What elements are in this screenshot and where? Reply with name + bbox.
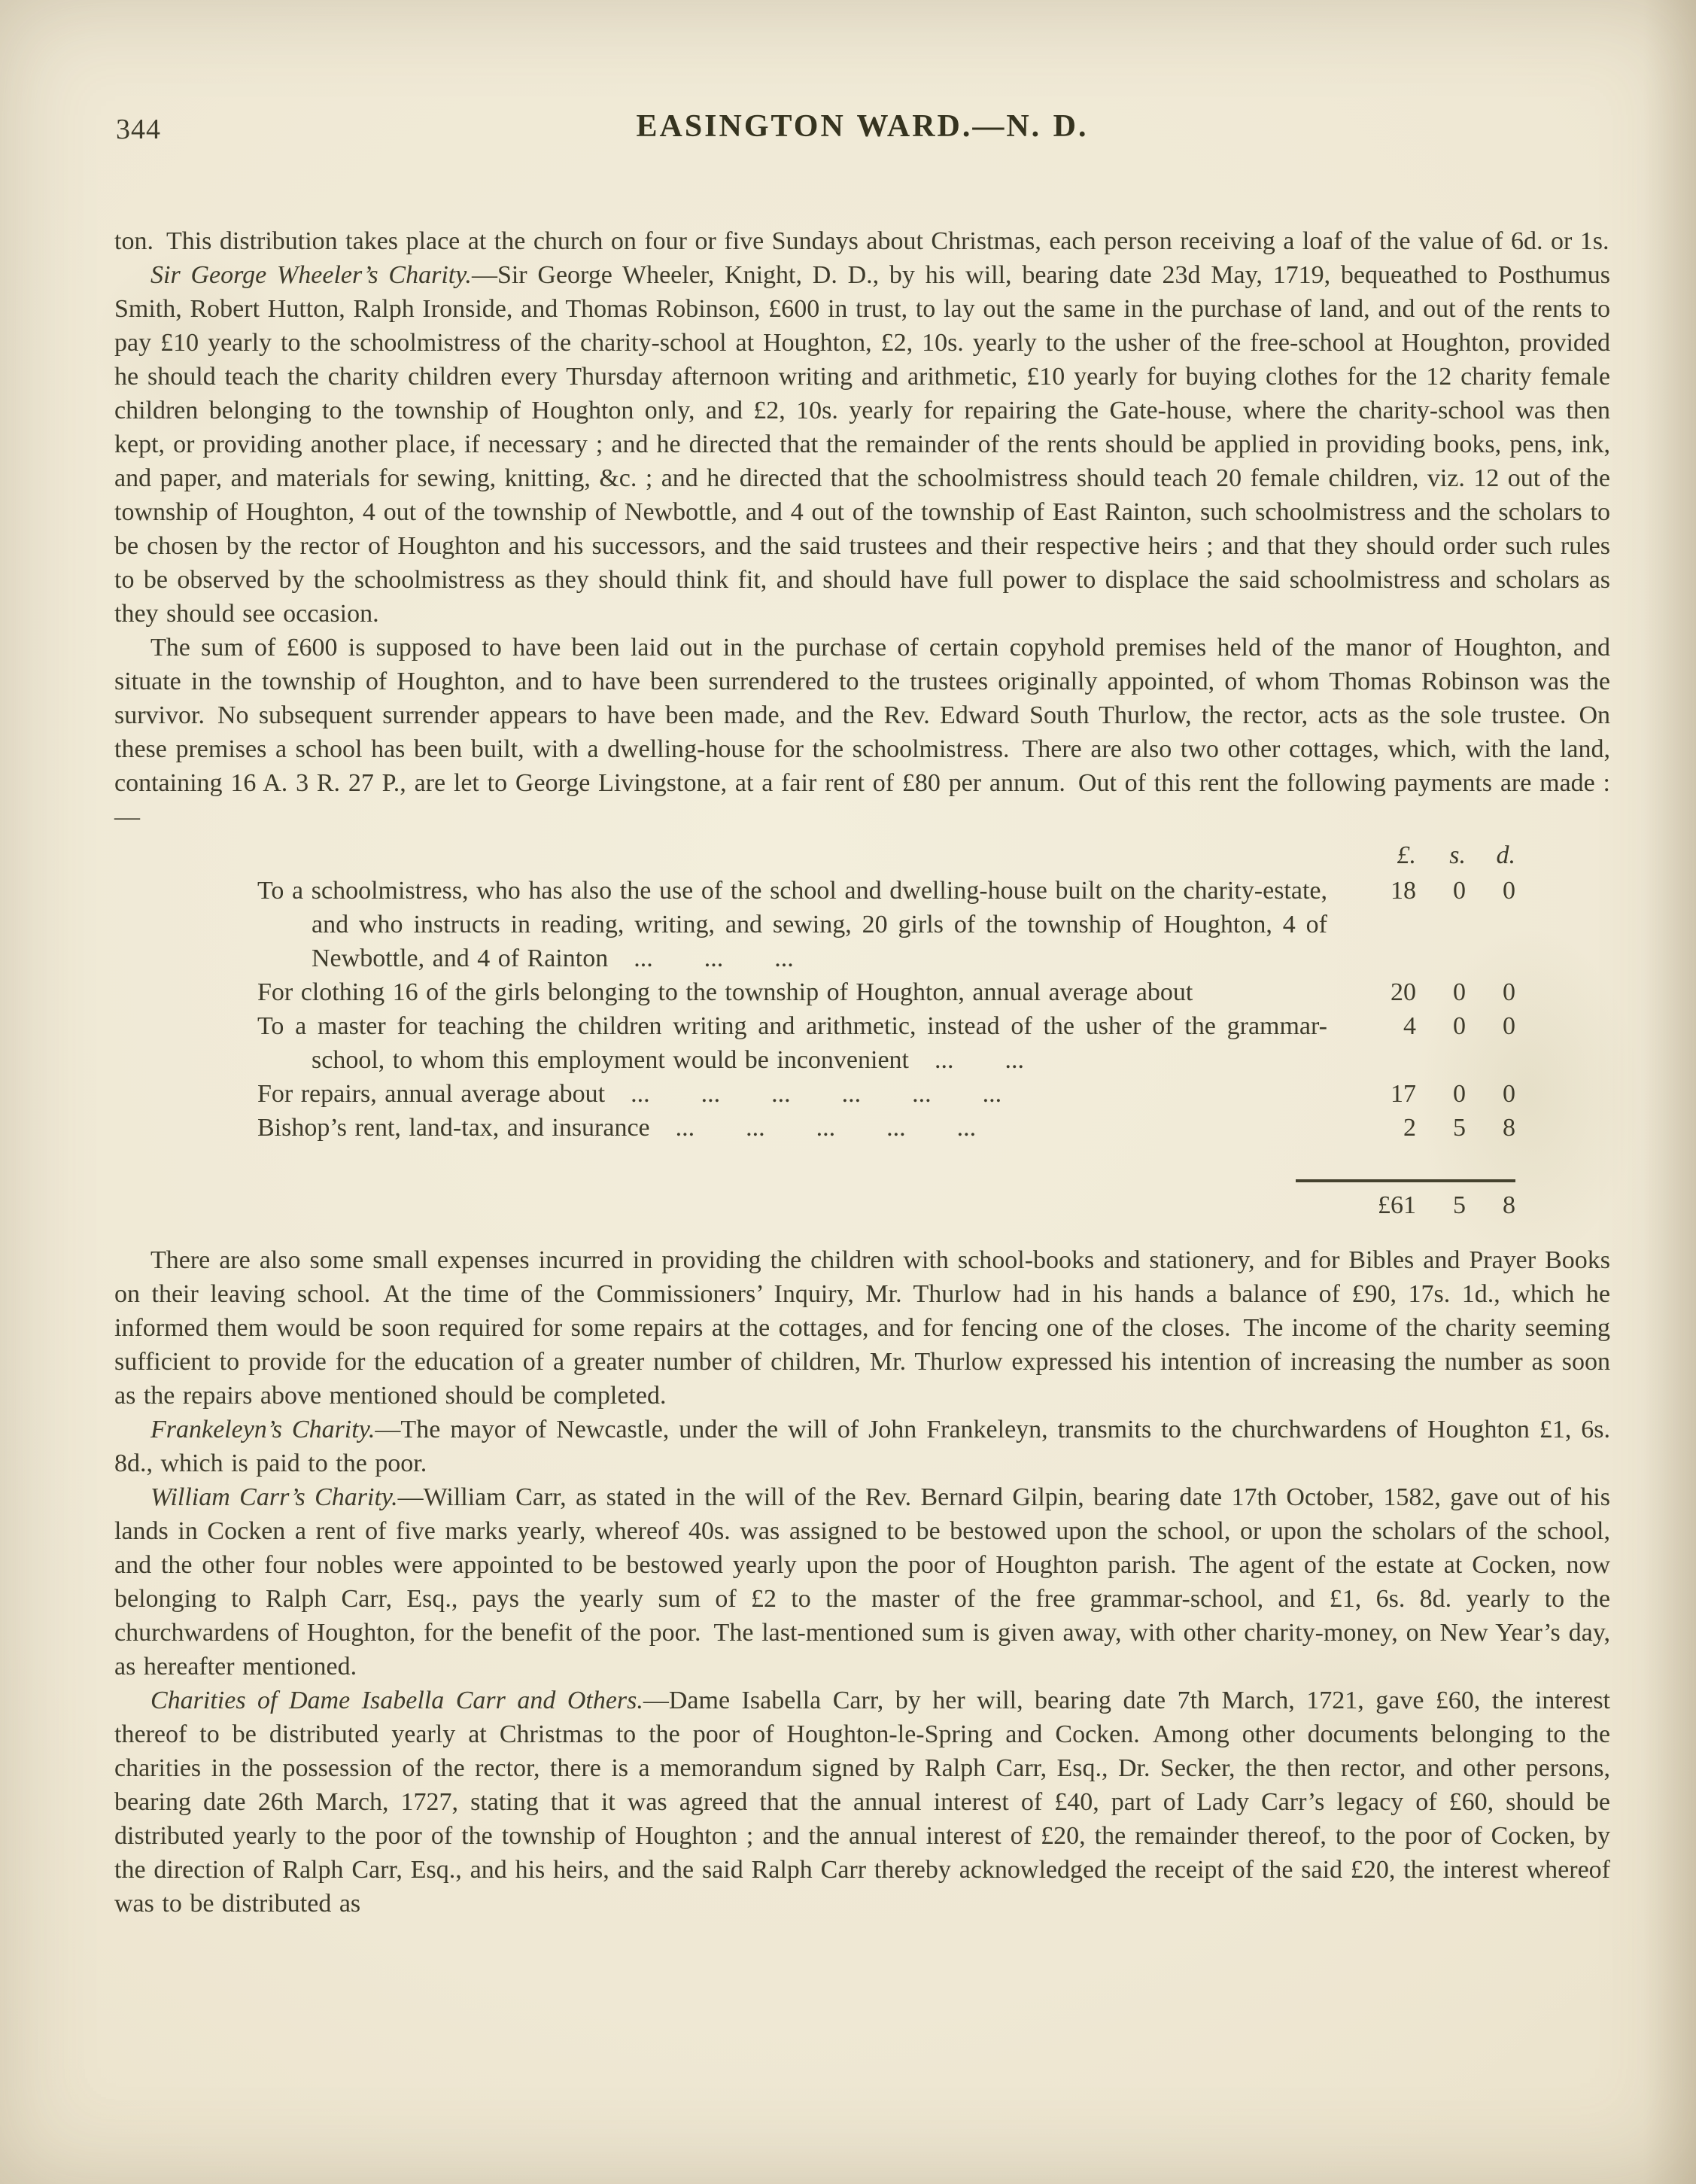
table-header-row: £. s. d.: [257, 838, 1515, 872]
row-shillings: 5: [1416, 1111, 1466, 1145]
row-pounds: 20: [1327, 975, 1416, 1009]
col-header-shillings: s.: [1416, 838, 1466, 872]
row-pounds: 17: [1327, 1077, 1416, 1111]
paragraph-distribution-continuation: ton. This distribution takes place at th…: [114, 224, 1610, 258]
col-header-pounds: £.: [1327, 838, 1416, 872]
row-label: To a schoolmistress, who has also the us…: [257, 874, 1327, 975]
table-total-row: £61 5 8: [257, 1188, 1515, 1222]
charity-title-frankeleyn: Frankeleyn’s Charity.: [150, 1416, 375, 1443]
charity-title-isabella-carr: Charities of Dame Isabella Carr and Othe…: [150, 1687, 643, 1714]
row-label: Bishop’s rent, land-tax, and insurance .…: [257, 1111, 1327, 1145]
payments-table: £. s. d. To a schoolmistress, who has al…: [257, 838, 1515, 1222]
row-shillings: 0: [1416, 874, 1466, 908]
total-pence: 8: [1466, 1188, 1515, 1222]
paragraph-text: —Dame Isabella Carr, by her will, bearin…: [114, 1687, 1610, 1918]
page-edge-shadow: [1643, 0, 1696, 2184]
running-head-title: EASINGTON WARD.—N. D.: [114, 110, 1610, 144]
table-row: Bishop’s rent, land-tax, and insurance .…: [257, 1111, 1515, 1145]
table-row: To a schoolmistress, who has also the us…: [257, 874, 1515, 975]
row-pence: 0: [1466, 874, 1515, 908]
charity-title-wheeler: Sir George Wheeler’s Charity.: [150, 261, 472, 289]
row-label: For clothing 16 of the girls belonging t…: [257, 975, 1327, 1009]
paragraph-text: ton. This distribution takes place at th…: [114, 227, 1609, 255]
table-row: To a master for teaching the children wr…: [257, 1009, 1515, 1077]
row-pence: 0: [1466, 1009, 1515, 1043]
row-pounds: 2: [1327, 1111, 1416, 1145]
paragraph-wheeler-charity: Sir George Wheeler’s Charity.—Sir George…: [114, 258, 1610, 631]
row-shillings: 0: [1416, 975, 1466, 1009]
paragraph-small-expenses: There are also some small expenses incur…: [114, 1243, 1610, 1413]
row-label: For repairs, annual average about ... ..…: [257, 1077, 1327, 1111]
total-rule: [1296, 1179, 1515, 1182]
row-pence: 0: [1466, 975, 1515, 1009]
paragraph-text: —William Carr, as stated in the will of …: [114, 1483, 1610, 1681]
total-shillings: 5: [1416, 1188, 1466, 1222]
paragraph-isabella-carr-charities: Charities of Dame Isabella Carr and Othe…: [114, 1684, 1610, 1921]
row-pence: 0: [1466, 1077, 1515, 1111]
page-content: 344 EASINGTON WARD.—N. D. ton. This dist…: [114, 110, 1610, 1921]
row-shillings: 0: [1416, 1009, 1466, 1043]
page-header: 344 EASINGTON WARD.—N. D.: [114, 110, 1610, 152]
paragraph-text: There are also some small expenses incur…: [114, 1246, 1610, 1410]
table-row: For clothing 16 of the girls belonging t…: [257, 975, 1515, 1009]
scanned-book-page: 344 EASINGTON WARD.—N. D. ton. This dist…: [0, 0, 1696, 2184]
col-header-pence: d.: [1466, 838, 1515, 872]
row-shillings: 0: [1416, 1077, 1466, 1111]
table-row: For repairs, annual average about ... ..…: [257, 1077, 1515, 1111]
charity-title-william-carr: William Carr’s Charity.: [150, 1483, 398, 1511]
paragraph-copyhold-premises: The sum of £600 is supposed to have been…: [114, 631, 1610, 834]
paragraph-william-carr-charity: William Carr’s Charity.—William Carr, as…: [114, 1480, 1610, 1684]
row-pounds: 18: [1327, 874, 1416, 908]
paragraph-text: The sum of £600 is supposed to have been…: [114, 634, 1610, 831]
row-pounds: 4: [1327, 1009, 1416, 1043]
paragraph-frankeleyn-charity: Frankeleyn’s Charity.—The mayor of Newca…: [114, 1413, 1610, 1480]
total-pounds: £61: [1327, 1188, 1416, 1222]
row-pence: 8: [1466, 1111, 1515, 1145]
paragraph-text: —Sir George Wheeler, Knight, D. D., by h…: [114, 261, 1610, 628]
row-label: To a master for teaching the children wr…: [257, 1009, 1327, 1077]
